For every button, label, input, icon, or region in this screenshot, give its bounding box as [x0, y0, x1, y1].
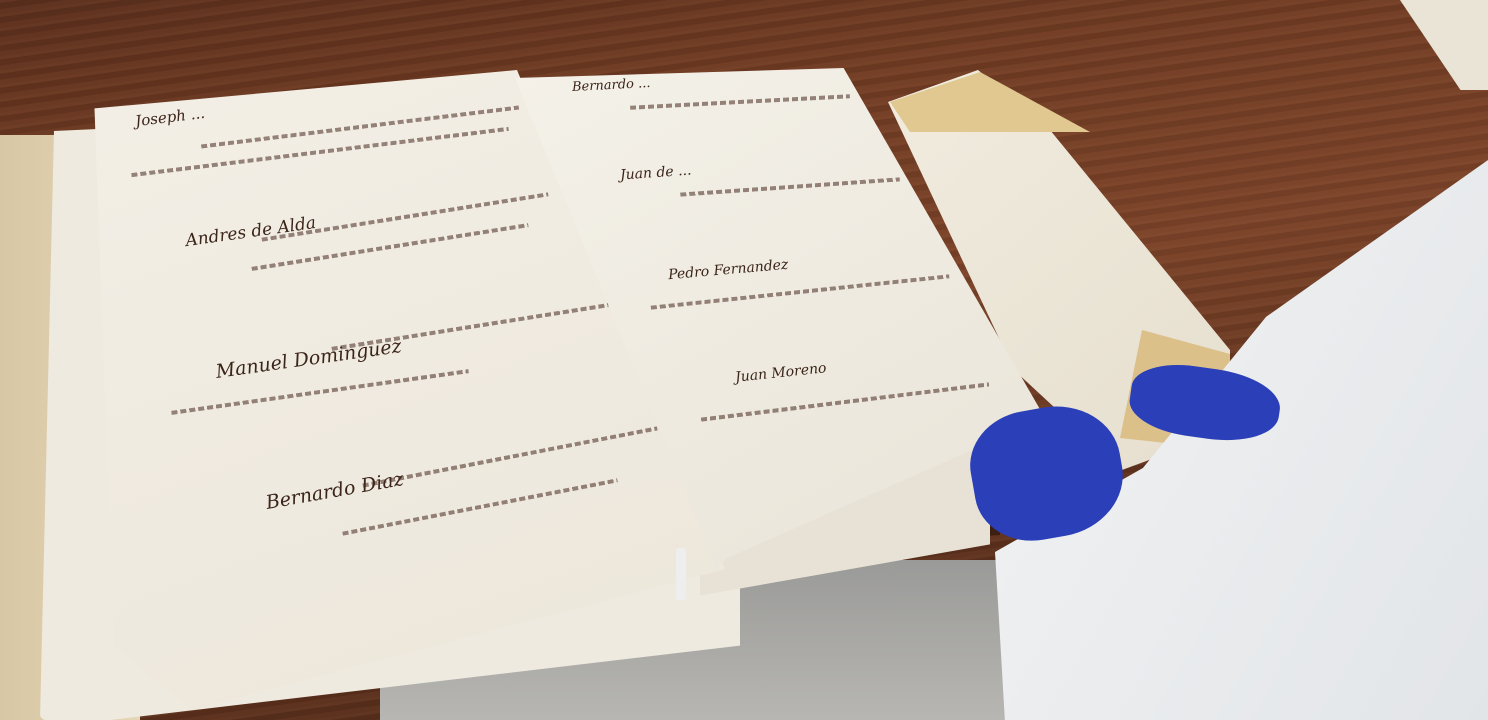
bookmark-ribbon	[676, 548, 686, 600]
